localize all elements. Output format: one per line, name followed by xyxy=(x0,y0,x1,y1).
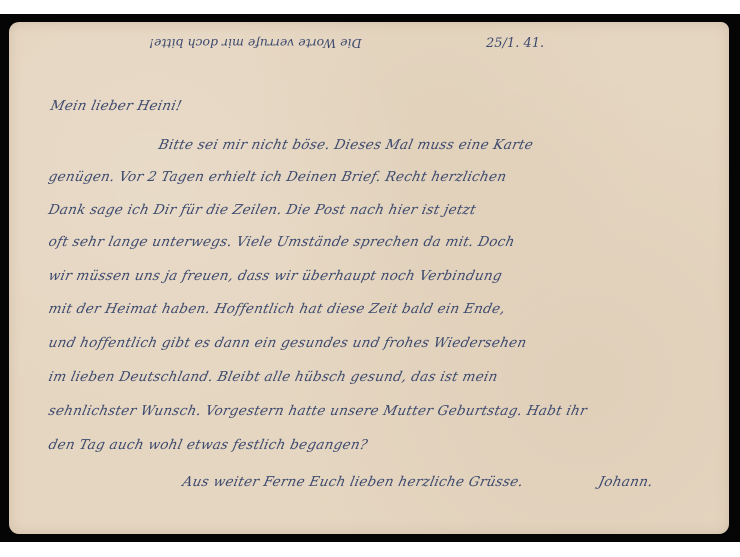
upside-down-note: Die Worte verrufe mir doch bitte! xyxy=(149,36,362,51)
signature: Johann. xyxy=(597,474,654,490)
letter-line: sehnlichster Wunsch. Vorgestern hatte un… xyxy=(47,403,589,419)
letter-line: Bitte sei mir nicht böse. Dieses Mal mus… xyxy=(157,137,535,153)
letter-line: mit der Heimat haben. Hoffentlich hat di… xyxy=(47,301,507,317)
postcard: Die Worte verrufe mir doch bitte! 25/1. … xyxy=(9,22,729,534)
letter-line: im lieben Deutschland. Bleibt alle hübsc… xyxy=(47,369,499,385)
letter-line: Dank sage ich Dir für die Zeilen. Die Po… xyxy=(47,202,478,218)
letter-line: und hoffentlich gibt es dann ein gesunde… xyxy=(47,335,528,351)
letter-line: oft sehr lange unterwegs. Viele Umstände… xyxy=(47,234,516,250)
photo-frame: Die Worte verrufe mir doch bitte! 25/1. … xyxy=(0,14,740,542)
letter-date: 25/1. 41. xyxy=(486,36,544,51)
letter-line: wir müssen uns ja freuen, dass wir überh… xyxy=(47,268,504,284)
letter-line: genügen. Vor 2 Tagen erhielt ich Deinen … xyxy=(47,169,508,185)
closing-greeting: Aus weiter Ferne Euch lieben herzliche G… xyxy=(181,474,525,490)
letter-line: den Tag auch wohl etwas festlich begange… xyxy=(47,437,369,453)
salutation: Mein lieber Heini! xyxy=(49,98,183,114)
